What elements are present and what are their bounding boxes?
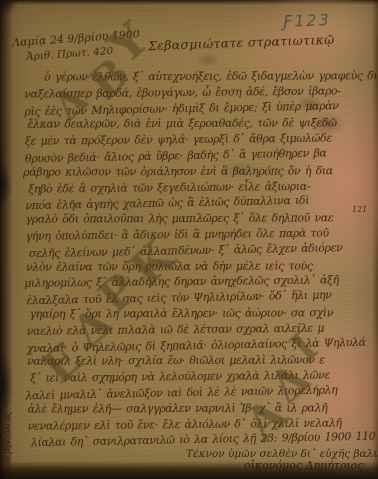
folio-number: Ƒ123 (283, 10, 331, 31)
margin-number: 121 (352, 205, 367, 214)
margin-note-vertical: ὁ δὲ βιβλιολὶ ἄς (3, 318, 13, 470)
scanned-letter-page: Ƒ123 Λαμίᾳ 24 9/βρίου 1900 Ἀριθ. Πρωτ. 4… (0, 0, 378, 479)
signature-name: οἰκονόμος Δημήτριος (244, 459, 363, 472)
letter-salutation: Σεβασμιώτατε στρατιωτικῷ (148, 32, 335, 54)
